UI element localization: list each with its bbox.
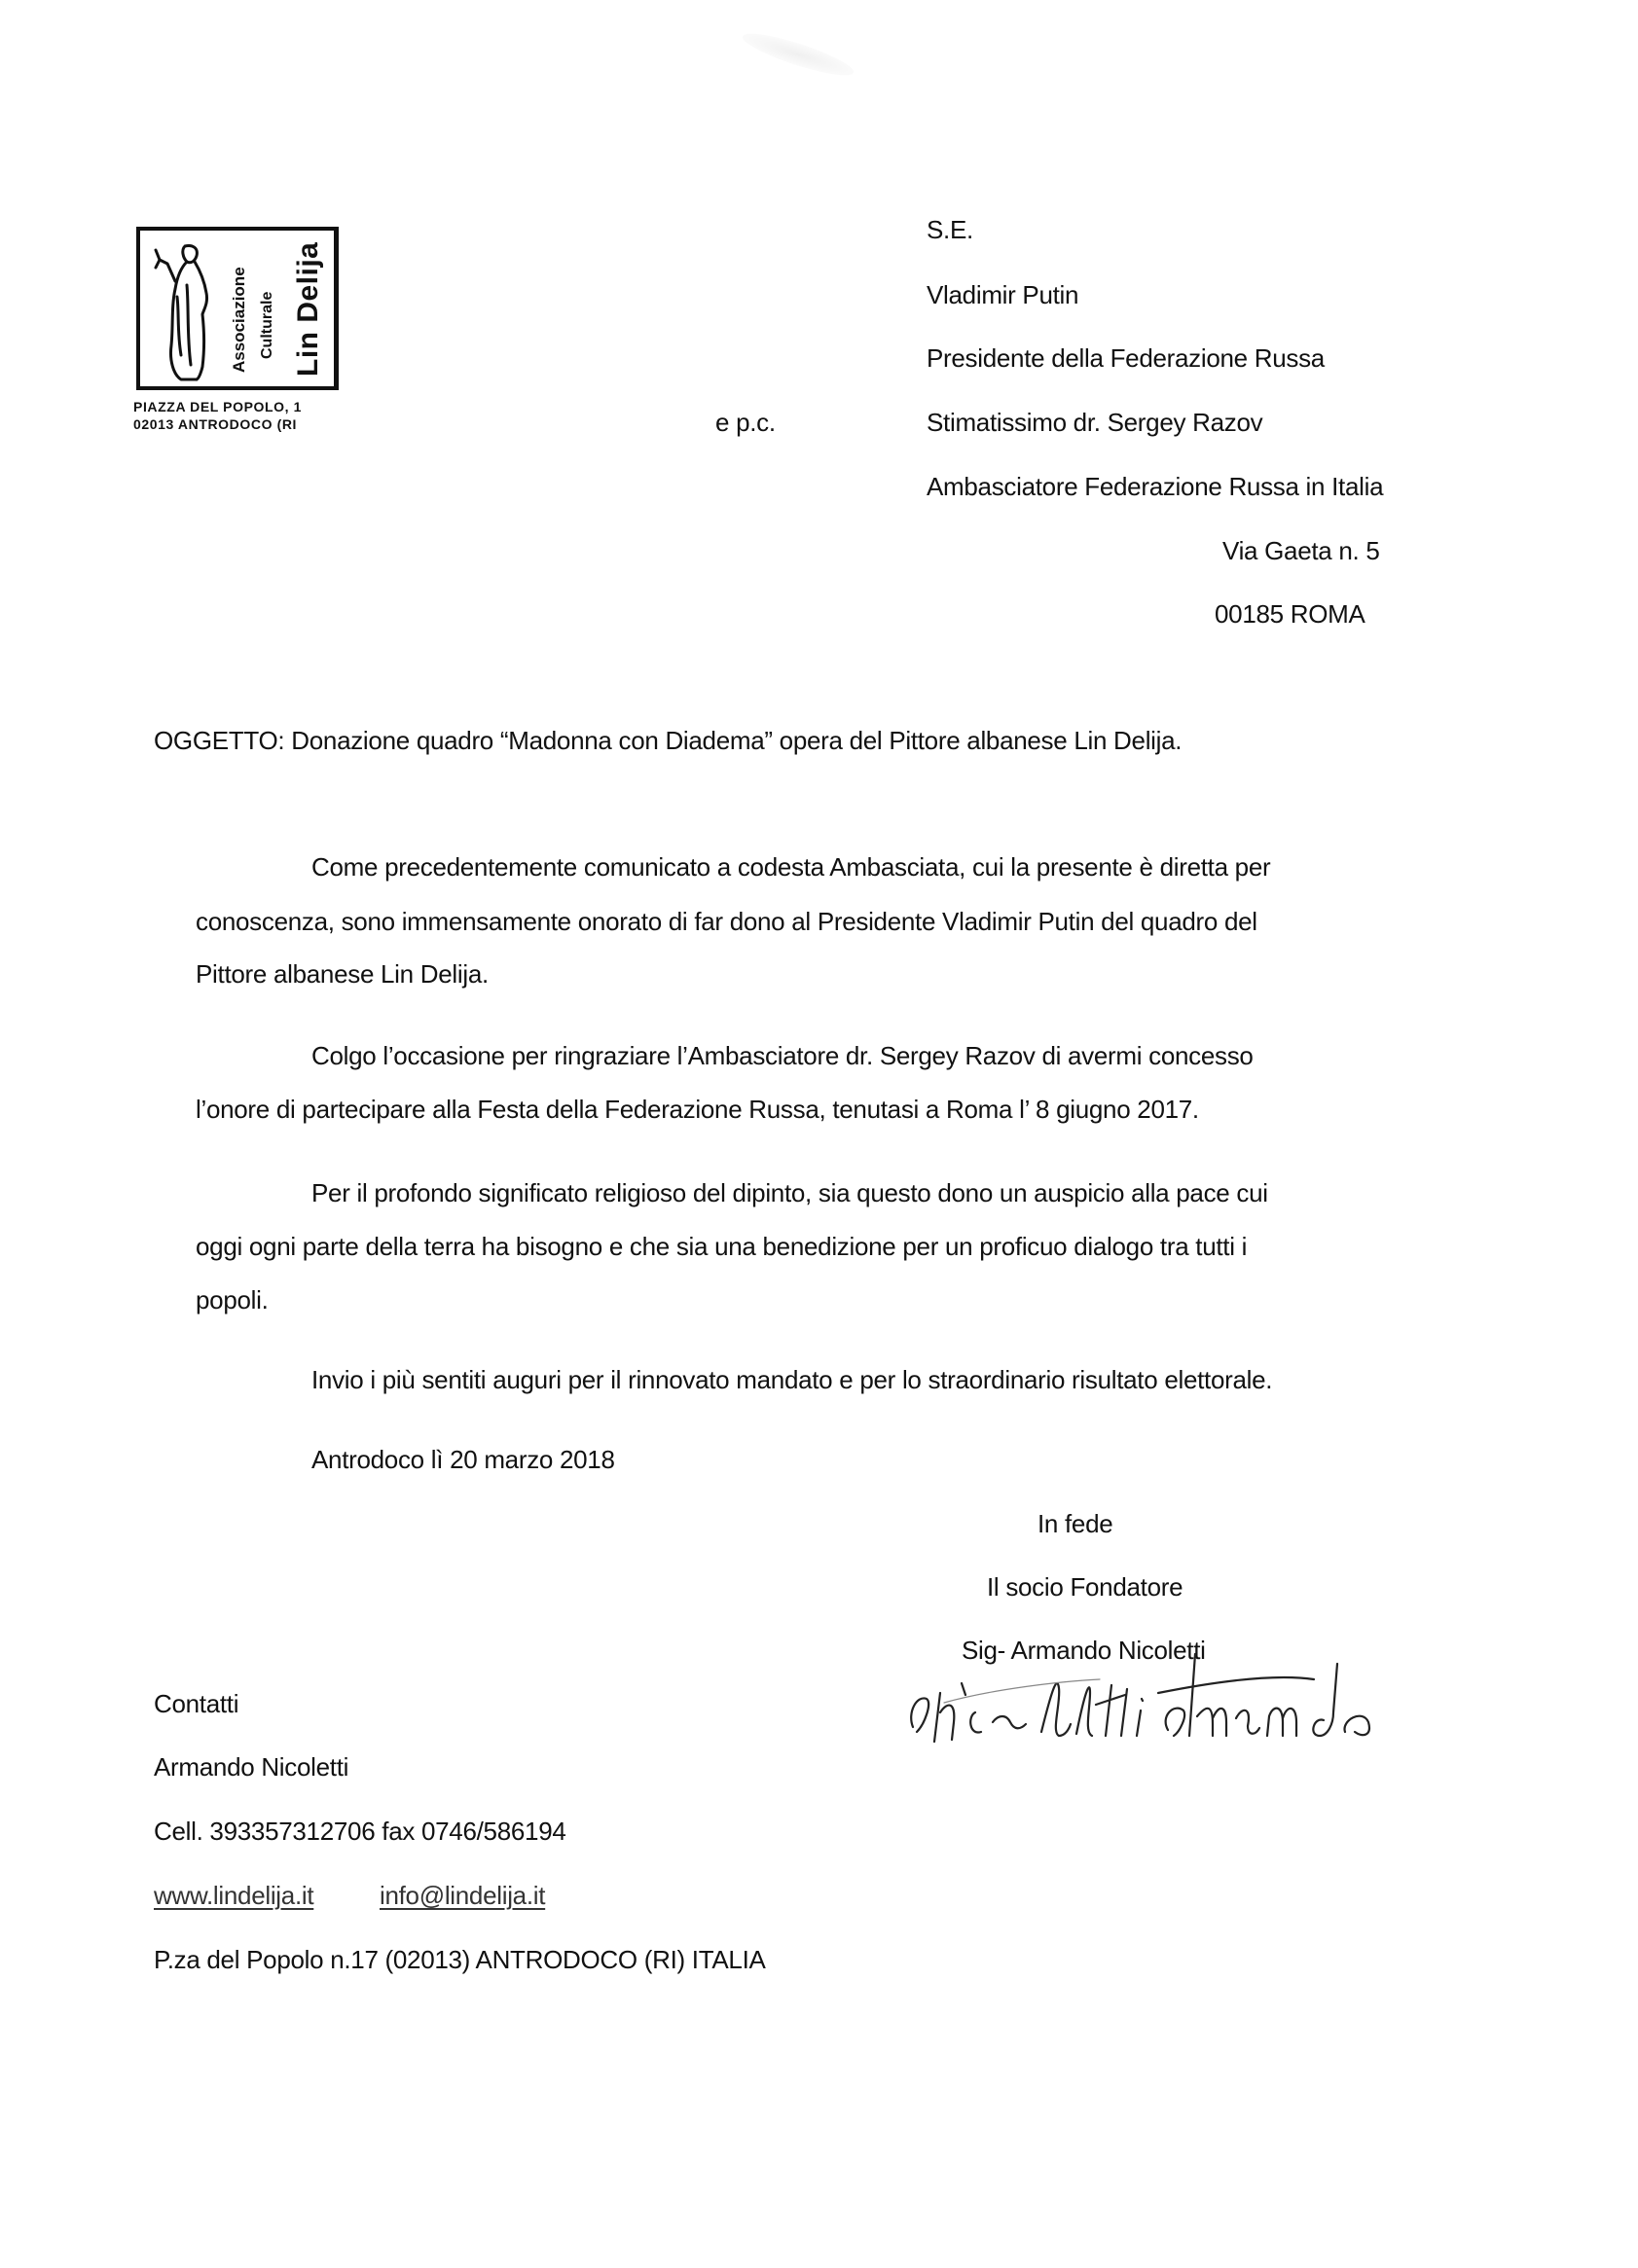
recipient-honorific: S.E.	[927, 214, 973, 245]
website-link[interactable]: www.lindelija.it	[154, 1880, 313, 1911]
body-p4: Invio i più sentiti auguri per il rinnov…	[311, 1364, 1272, 1395]
contacts-heading: Contatti	[154, 1688, 238, 1719]
closing-role: Il socio Fondatore	[987, 1571, 1183, 1602]
recipient-city: 00185 ROMA	[1215, 598, 1365, 630]
body-p3-line3: popoli.	[196, 1284, 269, 1315]
closing-salutation: In fede	[1037, 1508, 1112, 1539]
recipient-name: Vladimir Putin	[927, 279, 1078, 310]
stamp-text-culturale: Culturale	[259, 292, 276, 359]
email-link[interactable]: info@lindelija.it	[380, 1880, 545, 1911]
scan-smudge	[740, 26, 857, 83]
contact-phone: Cell. 393357312706 fax 0746/586194	[154, 1816, 566, 1847]
body-p2-line1: Colgo l’occasione per ringraziare l’Amba…	[311, 1040, 1254, 1071]
place-date: Antrodoco lì 20 marzo 2018	[311, 1444, 615, 1475]
cc-label: e p.c.	[715, 407, 776, 438]
cc-recipient-title: Ambasciatore Federazione Russa in Italia	[927, 471, 1383, 502]
body-p1-line1: Come precedentemente comunicato a codest…	[311, 851, 1270, 882]
body-p3-line1: Per il profondo significato religioso de…	[311, 1177, 1268, 1208]
body-p3-line2: oggi ogni parte della terra ha bisogno e…	[196, 1231, 1247, 1262]
body-p2-line2: l’onore di partecipare alla Festa della …	[196, 1094, 1199, 1125]
recipient-street: Via Gaeta n. 5	[1222, 535, 1380, 566]
contact-address: P.za del Popolo n.17 (02013) ANTRODOCO (…	[154, 1944, 766, 1975]
stamp-address-line1: PIAZZA DEL POPOLO, 1	[133, 399, 302, 414]
cc-recipient-name: Stimatissimo dr. Sergey Razov	[927, 407, 1262, 438]
stamp-address-line2: 02013 ANTRODOCO (RI	[133, 416, 297, 432]
stamp-text-associazione: Associazione	[230, 267, 249, 373]
stamp-text-lin-delija: Lin Delija	[292, 242, 325, 377]
body-p1-line2: conoscenza, sono immensamente onorato di…	[196, 906, 1257, 937]
madonna-figure-icon	[148, 238, 226, 384]
handwritten-signature: Nicoletti Armando	[905, 1635, 1635, 1761]
body-p1-line3: Pittore albanese Lin Delija.	[196, 958, 489, 990]
subject-line: OGGETTO: Donazione quadro “Madonna con D…	[154, 725, 1182, 756]
recipient-title: Presidente della Federazione Russa	[927, 342, 1325, 374]
association-stamp: Associazione Culturale Lin Delija	[136, 227, 339, 390]
contact-name: Armando Nicoletti	[154, 1751, 348, 1782]
